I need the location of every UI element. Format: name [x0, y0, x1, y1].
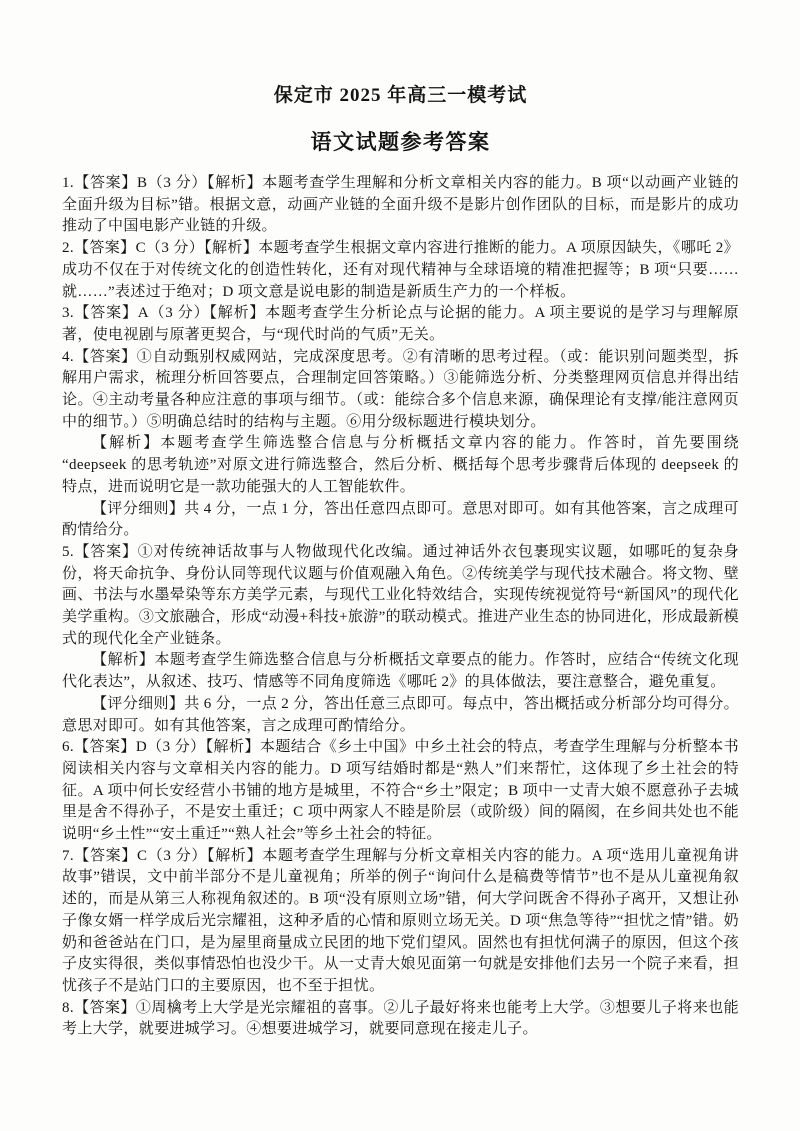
- answer-item-8: 8.【答案】①周檎考上大学是光宗耀祖的喜事。②儿子最好将来也能考上大学。③想要儿…: [62, 998, 739, 1041]
- page-subtitle: 语文试题参考答案: [62, 131, 739, 154]
- answer-item-5-scoring-rule: 【评分细则】共 6 分，一点 2 分，答出任意三点即可。每点中，答出概括或分析部…: [62, 694, 739, 737]
- document-page: 保定市 2025 年高三一模考试 语文试题参考答案 1.【答案】B（3 分）【解…: [0, 0, 800, 1131]
- answer-item-4-scoring-rule: 【评分细则】共 4 分，一点 1 分，答出任意四点即可。意思对即可。如有其他答案…: [62, 499, 739, 542]
- answer-item-4-analysis: 【解析】本题考查学生筛选整合信息与分析概括文章内容的能力。作答时，首先要围绕“d…: [62, 433, 739, 498]
- answer-item-7: 7.【答案】C（3 分）【解析】本题考查学生理解与分析文章相关内容的能力。A 项…: [62, 846, 739, 998]
- answer-item-4: 4.【答案】①自动甄别权威网站，完成深度思考。②有清晰的思考过程。（或：能识别问…: [62, 347, 739, 434]
- answer-item-3: 3.【答案】A（3 分）【解析】本题考查学生分析论点与论据的能力。A 项主要说的…: [62, 303, 739, 346]
- answer-item-1: 1.【答案】B（3 分）【解析】本题考查学生理解和分析文章相关内容的能力。B 项…: [62, 173, 739, 238]
- answer-item-5-analysis: 【解析】本题考查学生筛选整合信息与分析概括文章要点的能力。作答时，应结合“传统文…: [62, 650, 739, 693]
- answer-item-6: 6.【答案】D（3 分）【解析】本题结合《乡土中国》中乡土社会的特点，考查学生理…: [62, 737, 739, 846]
- answer-item-2: 2.【答案】C（3 分）【解析】本题考查学生根据文章内容进行推断的能力。A 项原…: [62, 238, 739, 303]
- page-title: 保定市 2025 年高三一模考试: [62, 86, 739, 107]
- answer-key-body: 1.【答案】B（3 分）【解析】本题考查学生理解和分析文章相关内容的能力。B 项…: [62, 173, 739, 1041]
- answer-item-5: 5.【答案】①对传统神话故事与人物做现代化改编。通过神话外衣包裹现实议题，如哪吒…: [62, 542, 739, 651]
